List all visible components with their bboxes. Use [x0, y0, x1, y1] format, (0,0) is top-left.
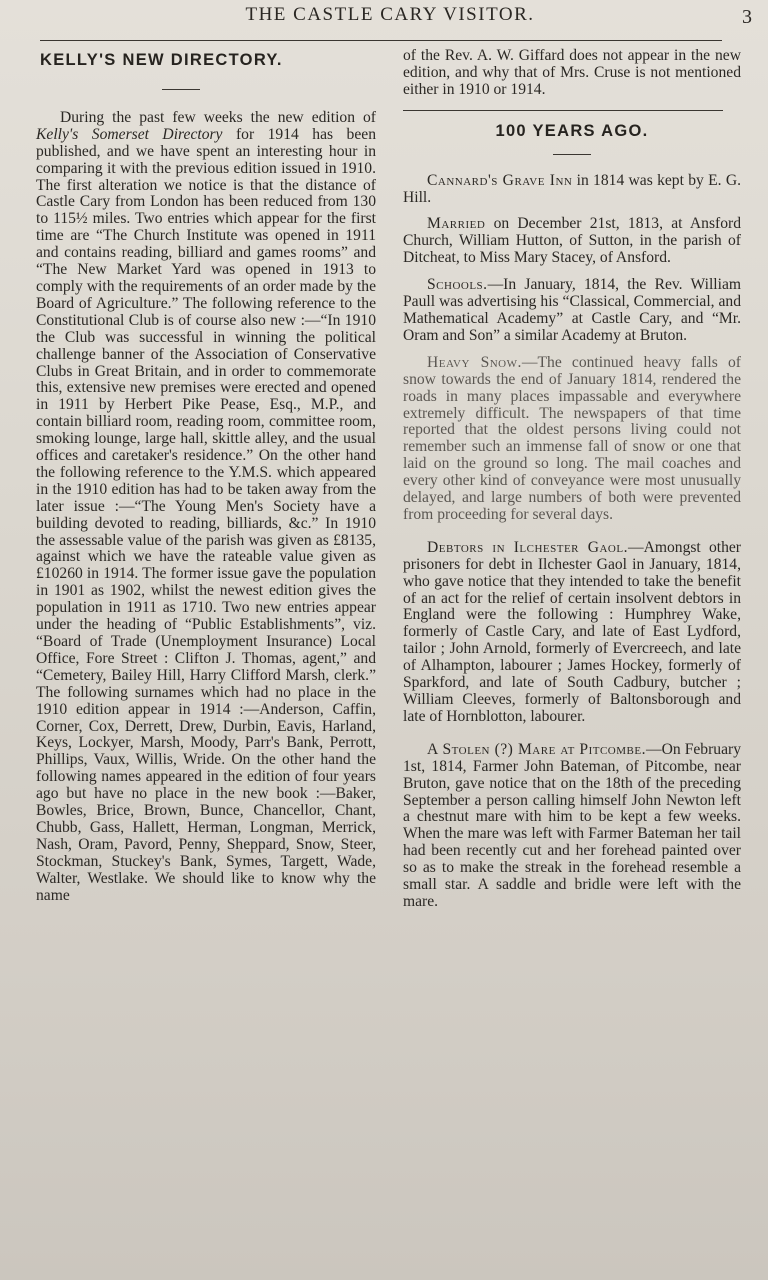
item-text: —The continued heavy falls of snow towar…	[403, 354, 741, 523]
running-title: THE CASTLE CARY VISITOR.	[40, 4, 740, 26]
item-married: Married on December 21st, 1813, at Ansfo…	[403, 216, 741, 267]
item-debtors: Debtors in Ilchester Gaol.—Amongst other…	[403, 540, 741, 726]
item-stolen-mare: A Stolen (?) Mare at Pitcombe.—On Februa…	[403, 742, 741, 911]
title-divider	[553, 154, 591, 155]
item-text: —Amongst other prisoners for debt in Ilc…	[403, 539, 741, 725]
directory-title-italic: Kelly's Somerset Directory	[36, 126, 222, 143]
item-text: —On February 1st, 1814, Farmer John Bate…	[403, 741, 741, 910]
item-cannards-grave: Cannard's Grave Inn in 1814 was kept by …	[403, 173, 741, 207]
item-schools: Schools.—In January, 1814, the Rev. Will…	[403, 277, 741, 345]
item-lead: Heavy Snow.	[427, 354, 522, 371]
page-number: 3	[742, 6, 752, 29]
body-text: During the past few weeks the new editio…	[60, 109, 376, 126]
header-rule	[40, 40, 722, 41]
item-lead: A Stolen (?) Mare at Pitcombe.	[427, 741, 646, 758]
page-header: THE CASTLE CARY VISITOR. 3	[40, 0, 740, 40]
item-heavy-snow: Heavy Snow.—The continued heavy falls of…	[403, 355, 741, 524]
title-divider	[162, 89, 200, 90]
item-lead: Debtors in Ilchester Gaol.	[427, 539, 628, 556]
article-continuation-kelly: of the Rev. A. W. Giffard does not appea…	[403, 48, 741, 99]
article-title-kelly: KELLY'S NEW DIRECTORY.	[36, 52, 376, 69]
right-column: of the Rev. A. W. Giffard does not appea…	[403, 48, 741, 911]
body-text: for 1914 has been published, and we have…	[36, 126, 376, 904]
left-column: KELLY'S NEW DIRECTORY. During the past f…	[36, 48, 376, 905]
article-body-kelly: During the past few weeks the new editio…	[36, 110, 376, 905]
item-lead: Married	[427, 215, 485, 232]
article-title-100-years: 100 YEARS AGO.	[403, 123, 741, 140]
item-lead: Cannard's Grave Inn	[427, 172, 572, 189]
item-lead: Schools.	[427, 276, 488, 293]
section-divider	[403, 110, 723, 111]
